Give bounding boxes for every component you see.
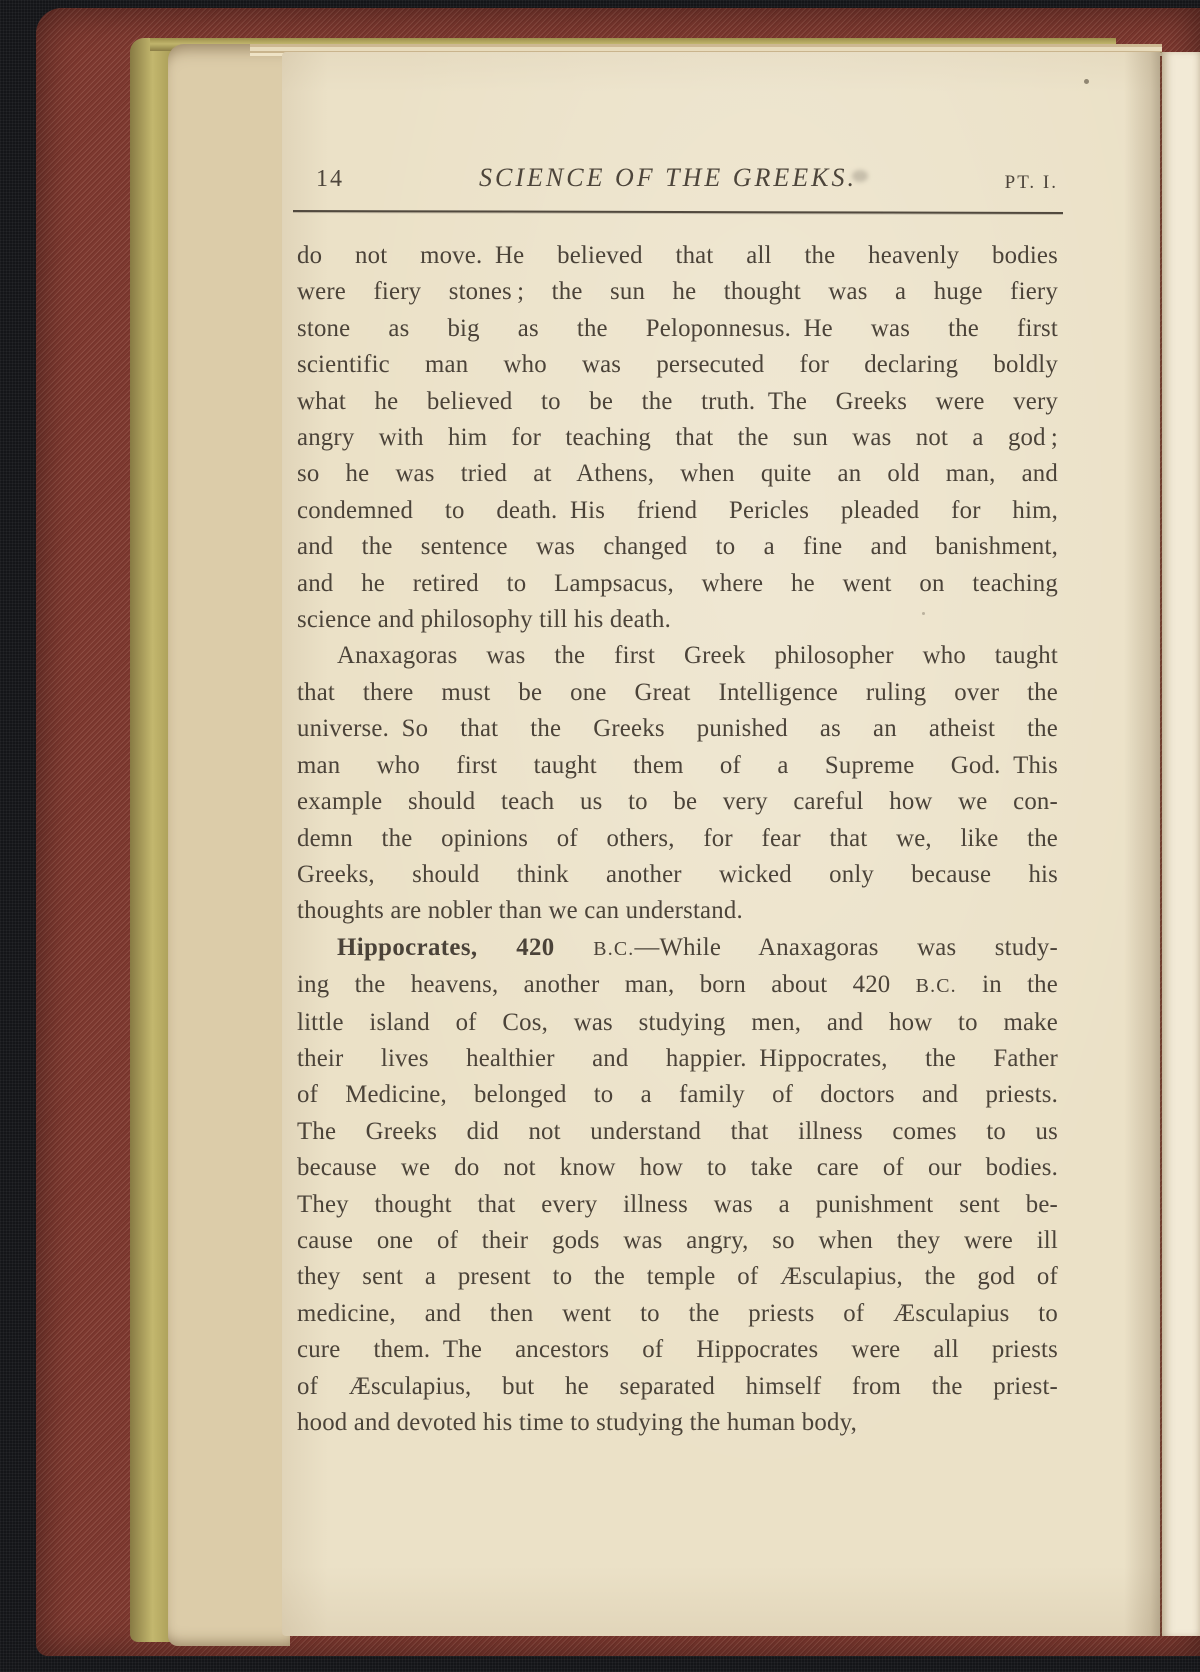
text-line: man who first taught them of a Supreme G… bbox=[297, 748, 1058, 784]
text-line: science and philosophy till his death. bbox=[297, 602, 1058, 638]
text-line: stone as big as the Peloponnesus. He was… bbox=[297, 311, 1058, 347]
text-line: universe. So that the Greeks punished as… bbox=[297, 711, 1058, 747]
small-caps-text: B.C. bbox=[593, 938, 634, 960]
plain-text: ing the heavens, another man, born about… bbox=[297, 971, 916, 998]
text-line: that there must be one Great Intelligenc… bbox=[297, 675, 1058, 711]
text-line: they sent a present to the temple of Æsc… bbox=[297, 1259, 1058, 1295]
text-line: Greeks, should think another wicked only… bbox=[297, 857, 1058, 893]
text-line: They thought that every illness was a pu… bbox=[297, 1187, 1058, 1223]
text-line: do not move. He believed that all the he… bbox=[297, 238, 1058, 274]
text-line: their lives healthier and happier. Hippo… bbox=[297, 1041, 1058, 1077]
photographed-book: { "header": { "page_number": "14", "titl… bbox=[0, 0, 1200, 1672]
text-line: what he believed to be the truth. The Gr… bbox=[297, 384, 1058, 420]
gutter-crease bbox=[1124, 52, 1162, 1636]
text-line: condemned to death. His friend Pericles … bbox=[297, 493, 1058, 529]
running-header: SCIENCE OF THE GREEKS. bbox=[458, 163, 878, 193]
text-line: example should teach us to be very caref… bbox=[297, 784, 1058, 820]
part-label: PT. I. bbox=[972, 172, 1058, 194]
text-line: demn the opinions of others, for fear th… bbox=[297, 821, 1058, 857]
text-line: were fiery stones ; the sun he thought w… bbox=[297, 274, 1058, 310]
text-line: Hippocrates, 420 B.C.—While Anaxagoras w… bbox=[297, 930, 1058, 967]
body-text: do not move. He believed that all the he… bbox=[297, 238, 1058, 1441]
text-line: of Æsculapius, but he separated himself … bbox=[297, 1369, 1058, 1405]
section-lead-bold: Hippocrates, 420 bbox=[337, 934, 593, 961]
page-number: 14 bbox=[316, 166, 344, 193]
text-line: ing the heavens, another man, born about… bbox=[297, 967, 1058, 1004]
text-line: so he was tried at Athens, when quite an… bbox=[297, 456, 1058, 492]
text-line: and he retired to Lampsacus, where he we… bbox=[297, 566, 1058, 602]
text-line: hood and devoted his time to studying th… bbox=[297, 1405, 1058, 1441]
text-line: thoughts are nobler than we can understa… bbox=[297, 893, 1058, 929]
text-line: little island of Cos, was studying men, … bbox=[297, 1005, 1058, 1041]
text-line: cure them. The ancestors of Hippocrates … bbox=[297, 1332, 1058, 1368]
small-caps-text: B.C. bbox=[916, 975, 957, 997]
text-line: The Greeks did not understand that illne… bbox=[297, 1114, 1058, 1150]
text-line: of Medicine, belonged to a family of doc… bbox=[297, 1077, 1058, 1113]
plain-text: in the bbox=[957, 971, 1058, 998]
page-edge-stack bbox=[168, 44, 290, 1646]
text-line: angry with him for teaching that the sun… bbox=[297, 420, 1058, 456]
text-line: medicine, and then went to the priests o… bbox=[297, 1296, 1058, 1332]
scan-smudge bbox=[852, 170, 868, 182]
text-line: scientific man who was persecuted for de… bbox=[297, 347, 1058, 383]
facing-page-edge bbox=[1162, 52, 1200, 1636]
text-line: Anaxagoras was the first Greek philosoph… bbox=[297, 638, 1058, 674]
text-line: and the sentence was changed to a fine a… bbox=[297, 529, 1058, 565]
text-line: cause one of their gods was angry, so wh… bbox=[297, 1223, 1058, 1259]
text-line: because we do not know how to take care … bbox=[297, 1150, 1058, 1186]
plain-text: —While Anaxagoras was study- bbox=[634, 934, 1058, 961]
dust-specks bbox=[0, 0, 3, 3]
